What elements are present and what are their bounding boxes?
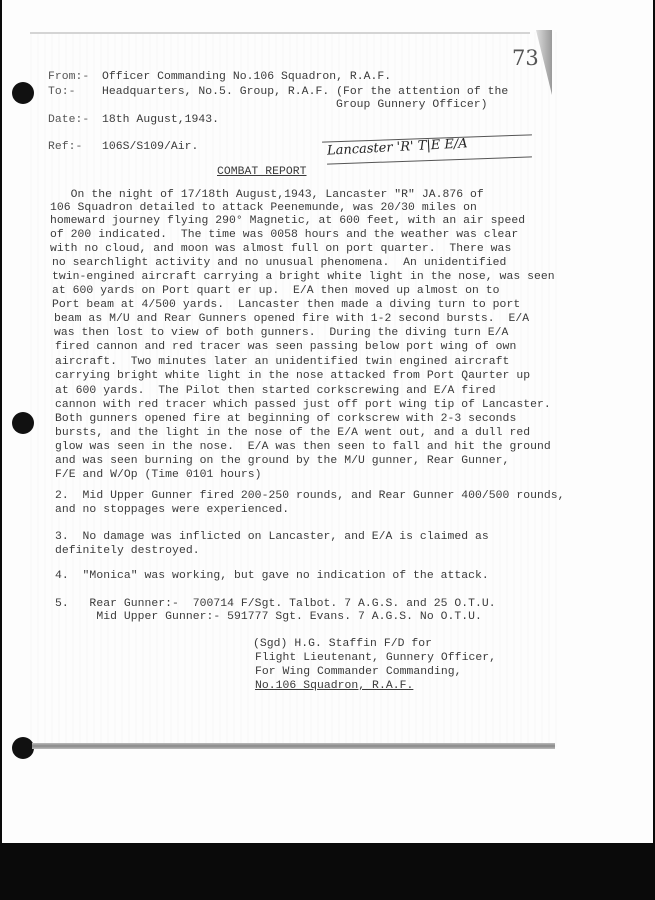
- report-title: COMBAT REPORT: [217, 165, 307, 179]
- signature-line: Flight Lieutenant, Gunnery Officer,: [255, 651, 496, 665]
- p1-line: cannon with red tracer which passed just…: [55, 398, 551, 412]
- page-number: 73: [512, 46, 539, 70]
- scan-bottom-edge: [32, 743, 555, 749]
- p2-line: 2. Mid Upper Gunner fired 200-250 rounds…: [55, 489, 565, 503]
- p1-line: and was seen burning on the ground by th…: [55, 454, 509, 468]
- signature-line: No.106 Squadron, R.A.F.: [255, 679, 413, 693]
- p1-line: aircraft. Two minutes later an unidentif…: [55, 355, 509, 369]
- p1-line: fired cannon and red tracer was seen pas…: [55, 340, 516, 354]
- from-value: Officer Commanding No.106 Squadron, R.A.…: [102, 70, 391, 84]
- p1-line: carrying bright white light in the nose …: [55, 369, 530, 383]
- p1-line: On the night of 17/18th August,1943, Lan…: [50, 188, 484, 202]
- p4-line: 4. "Monica" was working, but gave no ind…: [55, 569, 489, 583]
- p5-line: 5. Rear Gunner:- 700714 F/Sgt. Talbot. 7…: [55, 597, 496, 611]
- p1-line: Port beam at 4/500 yards. Lancaster then…: [52, 298, 520, 312]
- date-label: Date:-: [48, 113, 89, 127]
- date-value: 18th August,1943.: [102, 113, 219, 127]
- document-page: 73 From:- Officer Commanding No.106 Squa…: [2, 0, 653, 843]
- p1-line: at 600 yards on Port quart er up. E/A th…: [52, 284, 500, 298]
- p1-line: Both gunners opened fire at beginning of…: [55, 412, 516, 426]
- signature-line: For Wing Commander Commanding,: [255, 665, 462, 679]
- p1-line: glow was seen in the nose. E/A was then …: [55, 440, 551, 454]
- p1-line: beam as M/U and Rear Gunners opened fire…: [54, 312, 529, 326]
- p1-line: of 200 indicated. The time was 0058 hour…: [50, 228, 518, 242]
- from-label: From:-: [48, 70, 89, 84]
- punch-hole-middle: [12, 412, 34, 434]
- ref-label: Ref:-: [48, 140, 82, 154]
- p5-line: Mid Upper Gunner:- 591777 Sgt. Evans. 7 …: [55, 610, 482, 624]
- to-value: Headquarters, No.5. Group, R.A.F. (For t…: [102, 85, 508, 99]
- punch-hole-bottom: [12, 737, 34, 759]
- page-top-edge: [30, 32, 530, 34]
- p1-line: 106 Squadron detailed to attack Peenemun…: [50, 201, 477, 215]
- p1-line: twin-engined aircraft carrying a bright …: [52, 270, 555, 284]
- p2-line: and no stoppages were experienced.: [55, 503, 289, 517]
- p3-line: 3. No damage was inflicted on Lancaster,…: [55, 530, 489, 544]
- to-value-cont: Group Gunnery Officer): [336, 98, 487, 112]
- p1-line: with no cloud, and moon was almost full …: [50, 242, 511, 256]
- p1-line: at 600 yards. The Pilot then started cor…: [55, 384, 496, 398]
- p1-line: no searchlight activity and no unusual p…: [52, 256, 506, 270]
- p1-line: homeward journey flying 290° Magnetic, a…: [50, 214, 525, 228]
- signature-line: (Sgd) H.G. Staffin F/D for: [253, 637, 432, 651]
- p1-line: F/E and W/Op (Time 0101 hours): [55, 468, 262, 482]
- to-label: To:-: [48, 85, 76, 99]
- p1-line: was then lost to view of both gunners. D…: [54, 326, 508, 340]
- p3-line: definitely destroyed.: [55, 544, 200, 558]
- p1-line: bursts, and the light in the nose of the…: [55, 426, 530, 440]
- punch-hole-top: [12, 82, 34, 104]
- ref-value: 106S/S109/Air.: [102, 140, 198, 154]
